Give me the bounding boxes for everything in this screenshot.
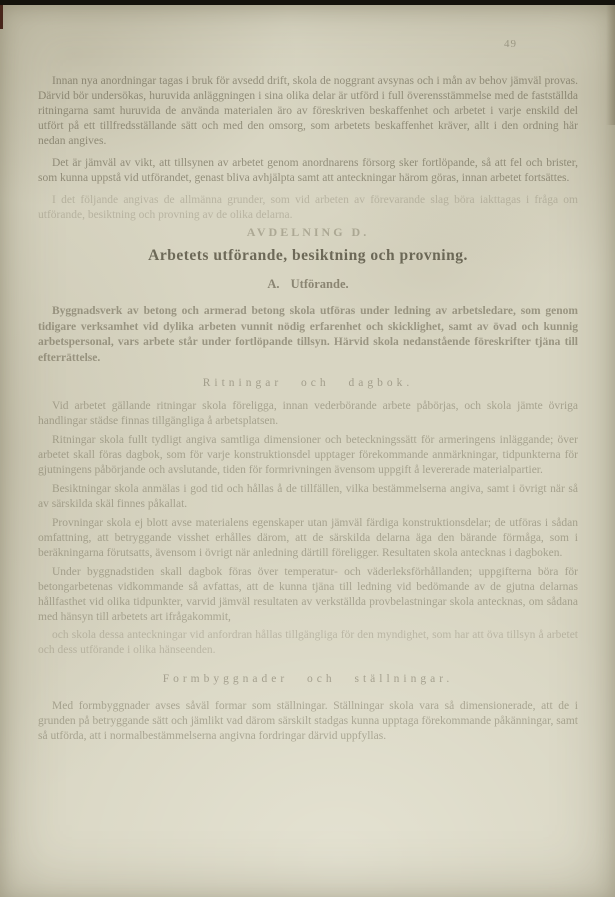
- heading-formwork-scaffolding: Formbyggnader och ställningar.: [38, 672, 578, 687]
- paragraph-intro-3: I det följande angivas de allmänna grund…: [38, 193, 578, 223]
- paragraph-formwork: Med formbyggnader avses såväl formar som…: [38, 699, 578, 744]
- paragraph-diary-cont: och skola dessa anteckningar vid anfordr…: [38, 628, 578, 658]
- paragraph-drawings-2: Ritningar skola fullt tydligt angiva sam…: [38, 433, 578, 478]
- scan-corner-shade: [606, 5, 615, 125]
- page-title: Arbetets utförande, besiktning och provn…: [38, 248, 578, 263]
- scanned-document-page: 49 Innan nya anordningar tagas i bruk fö…: [0, 0, 615, 897]
- text-column: Innan nya anordningar tagas i bruk för a…: [38, 0, 578, 744]
- paragraph-testing: Provningar skola ej blott avse materiale…: [38, 516, 578, 561]
- paragraph-inspections: Besiktningar skola anmälas i god tid och…: [38, 482, 578, 512]
- paragraph-intro-1: Innan nya anordningar tagas i bruk för a…: [38, 74, 578, 149]
- paragraph-diary: Under byggnadstiden skall dagbok föras ö…: [38, 565, 578, 625]
- section-label: AVDELNING D.: [38, 225, 578, 240]
- paragraph-drawings-1: Vid arbetet gällande ritningar skola för…: [38, 399, 578, 429]
- heading-drawings-diary: Ritningar och dagbok.: [38, 376, 578, 391]
- paragraph-intro-2: Det är jämväl av vikt, att tillsynen av …: [38, 156, 578, 186]
- subsection-heading: A. Utförande.: [38, 277, 578, 292]
- scan-spine-edge: [0, 5, 3, 29]
- paragraph-utforande: Byggnadsverk av betong och armerad beton…: [38, 304, 578, 366]
